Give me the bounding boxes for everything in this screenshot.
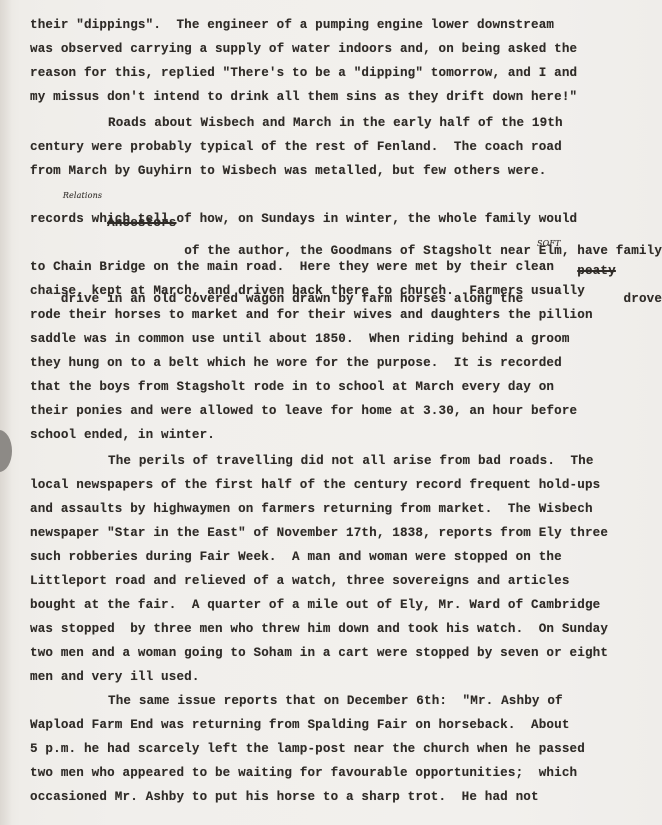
- text-line: their "dippings". The engineer of a pump…: [30, 18, 554, 32]
- text-line: school ended, in winter.: [30, 428, 215, 442]
- text-line: bought at the fair. A quarter of a mile …: [30, 598, 600, 612]
- text-line: from March by Guyhirn to Wisbech was met…: [30, 164, 546, 178]
- paragraph-start: Roads about Wisbech and March in the ear…: [30, 116, 563, 130]
- text-line: was stopped by three men who threw him d…: [30, 622, 608, 636]
- text-line: rode their horses to market and for thei…: [30, 308, 593, 322]
- text-line: such robberies during Fair Week. A man a…: [30, 550, 562, 564]
- text-line: newspaper "Star in the East" of November…: [30, 526, 608, 540]
- text-line: Wapload Farm End was returning from Spal…: [30, 718, 570, 732]
- paragraph-start: The same issue reports that on December …: [30, 694, 563, 708]
- text-span: drove: [624, 292, 662, 306]
- page-edge-shadow: [0, 0, 12, 825]
- text-line: local newspapers of the first half of th…: [30, 478, 600, 492]
- text-line: chaise, kept at March, and driven back t…: [30, 284, 585, 298]
- text-line: two men who appeared to be waiting for f…: [30, 766, 577, 780]
- text-line: records which tell of how, on Sundays in…: [30, 212, 577, 226]
- text-line: men and very ill used.: [30, 670, 200, 684]
- text-line: two men and a woman going to Soham in a …: [30, 646, 608, 660]
- text-line: 5 p.m. he had scarcely left the lamp-pos…: [30, 742, 585, 756]
- text-line: century were probably typical of the res…: [30, 140, 562, 154]
- handwritten-correction: SOFT: [537, 239, 561, 248]
- text-line: they hung on to a belt which he wore for…: [30, 356, 562, 370]
- text-line: my missus don't intend to drink all them…: [30, 90, 577, 104]
- text-line: to Chain Bridge on the main road. Here t…: [30, 260, 554, 274]
- paragraph-start: The perils of travelling did not all ari…: [30, 454, 594, 468]
- text-line: saddle was in common use until about 185…: [30, 332, 570, 346]
- handwritten-correction: Relations: [63, 191, 102, 200]
- text-line: occasioned Mr. Ashby to put his horse to…: [30, 790, 539, 804]
- text-line: and assaults by highwaymen on farmers re…: [30, 502, 593, 516]
- text-line: their ponies and were allowed to leave f…: [30, 404, 577, 418]
- struck-word: peaty: [577, 264, 616, 278]
- text-line: was observed carrying a supply of water …: [30, 42, 577, 56]
- text-line: Littleport road and relieved of a watch,…: [30, 574, 570, 588]
- text-line: reason for this, replied "There's to be …: [30, 66, 577, 80]
- text-line: that the boys from Stagsholt rode in to …: [30, 380, 554, 394]
